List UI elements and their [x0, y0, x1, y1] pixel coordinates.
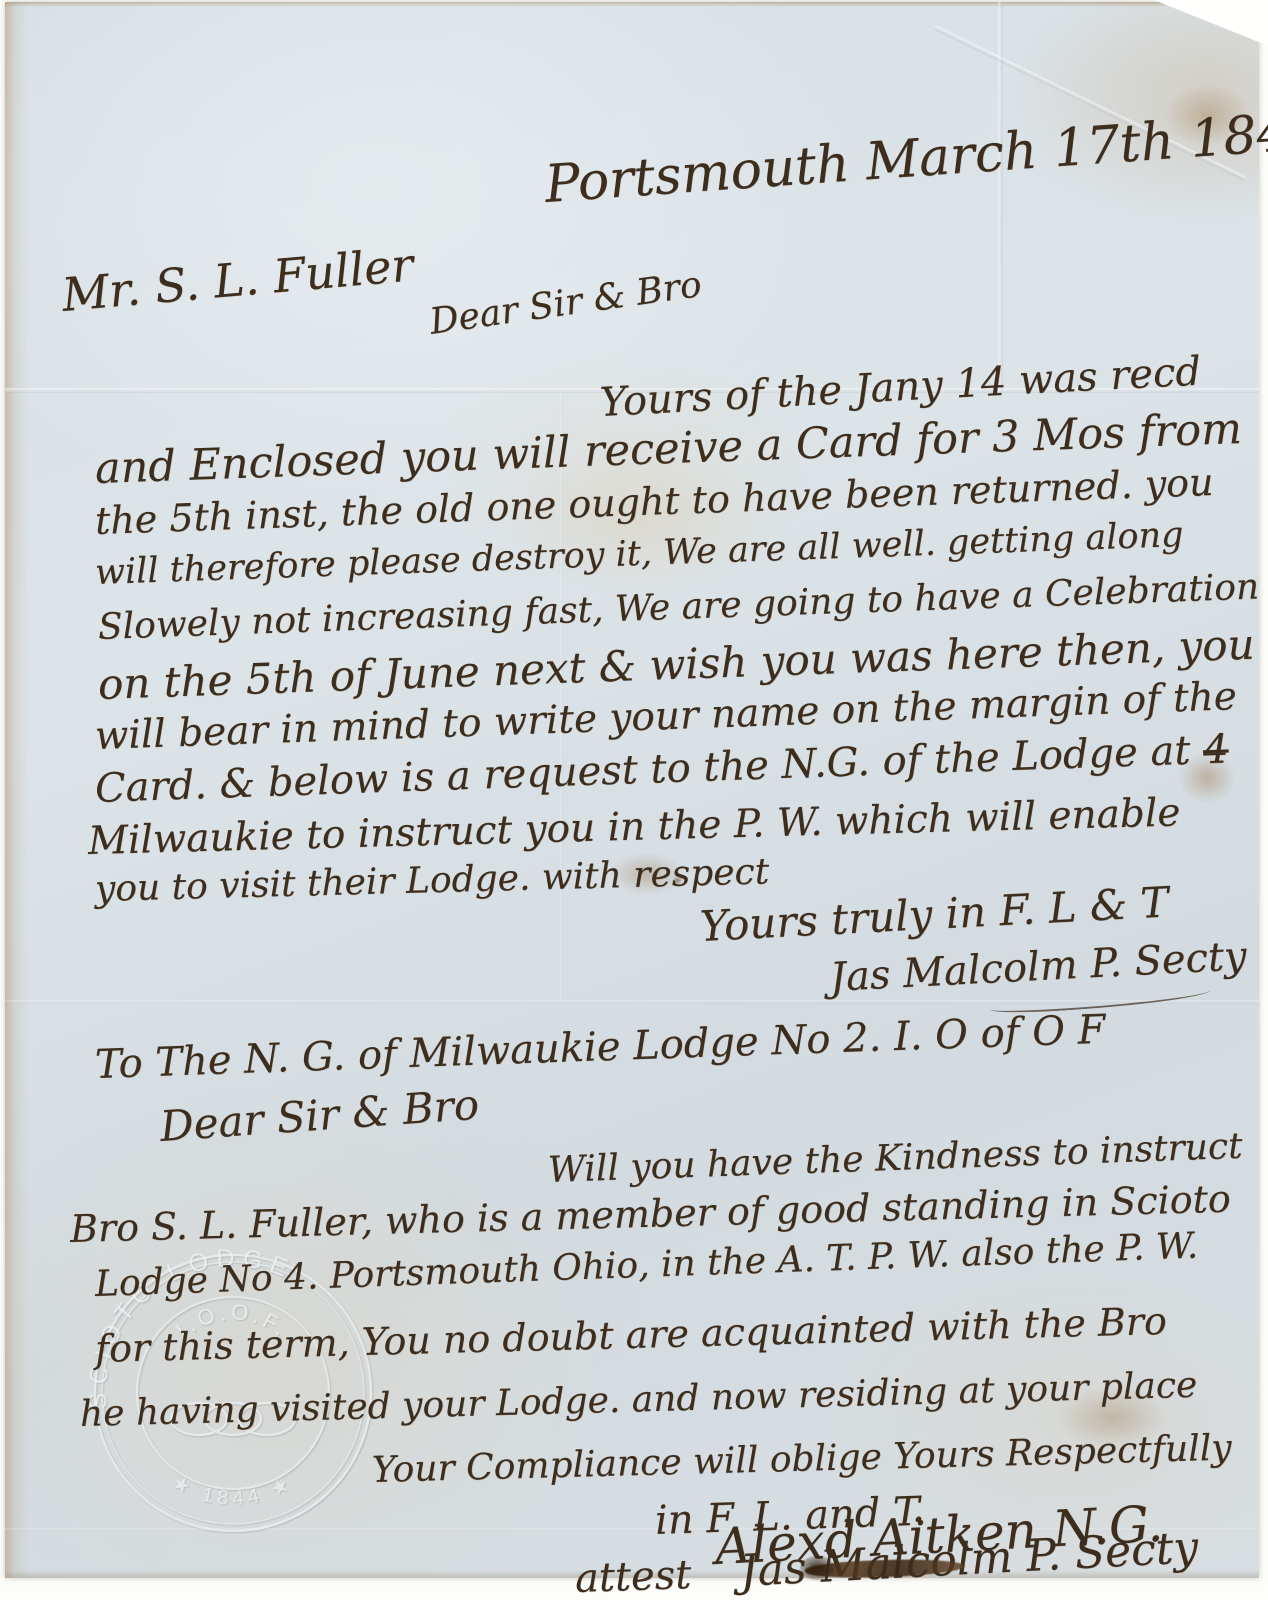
attest-label: attest: [574, 1552, 692, 1600]
seal-arc-bottom-text: ★ 1844 ★: [168, 1471, 297, 1510]
struck-out-word: 4: [1202, 726, 1229, 773]
svg-text:★ 1844 ★: ★ 1844 ★: [168, 1471, 297, 1510]
scanned-letter-page: SCIOTO LODGE ★ 1844 ★ I.O.O.F. Portsmout…: [0, 0, 1268, 1600]
ink-smear-blob: [800, 1556, 834, 1580]
